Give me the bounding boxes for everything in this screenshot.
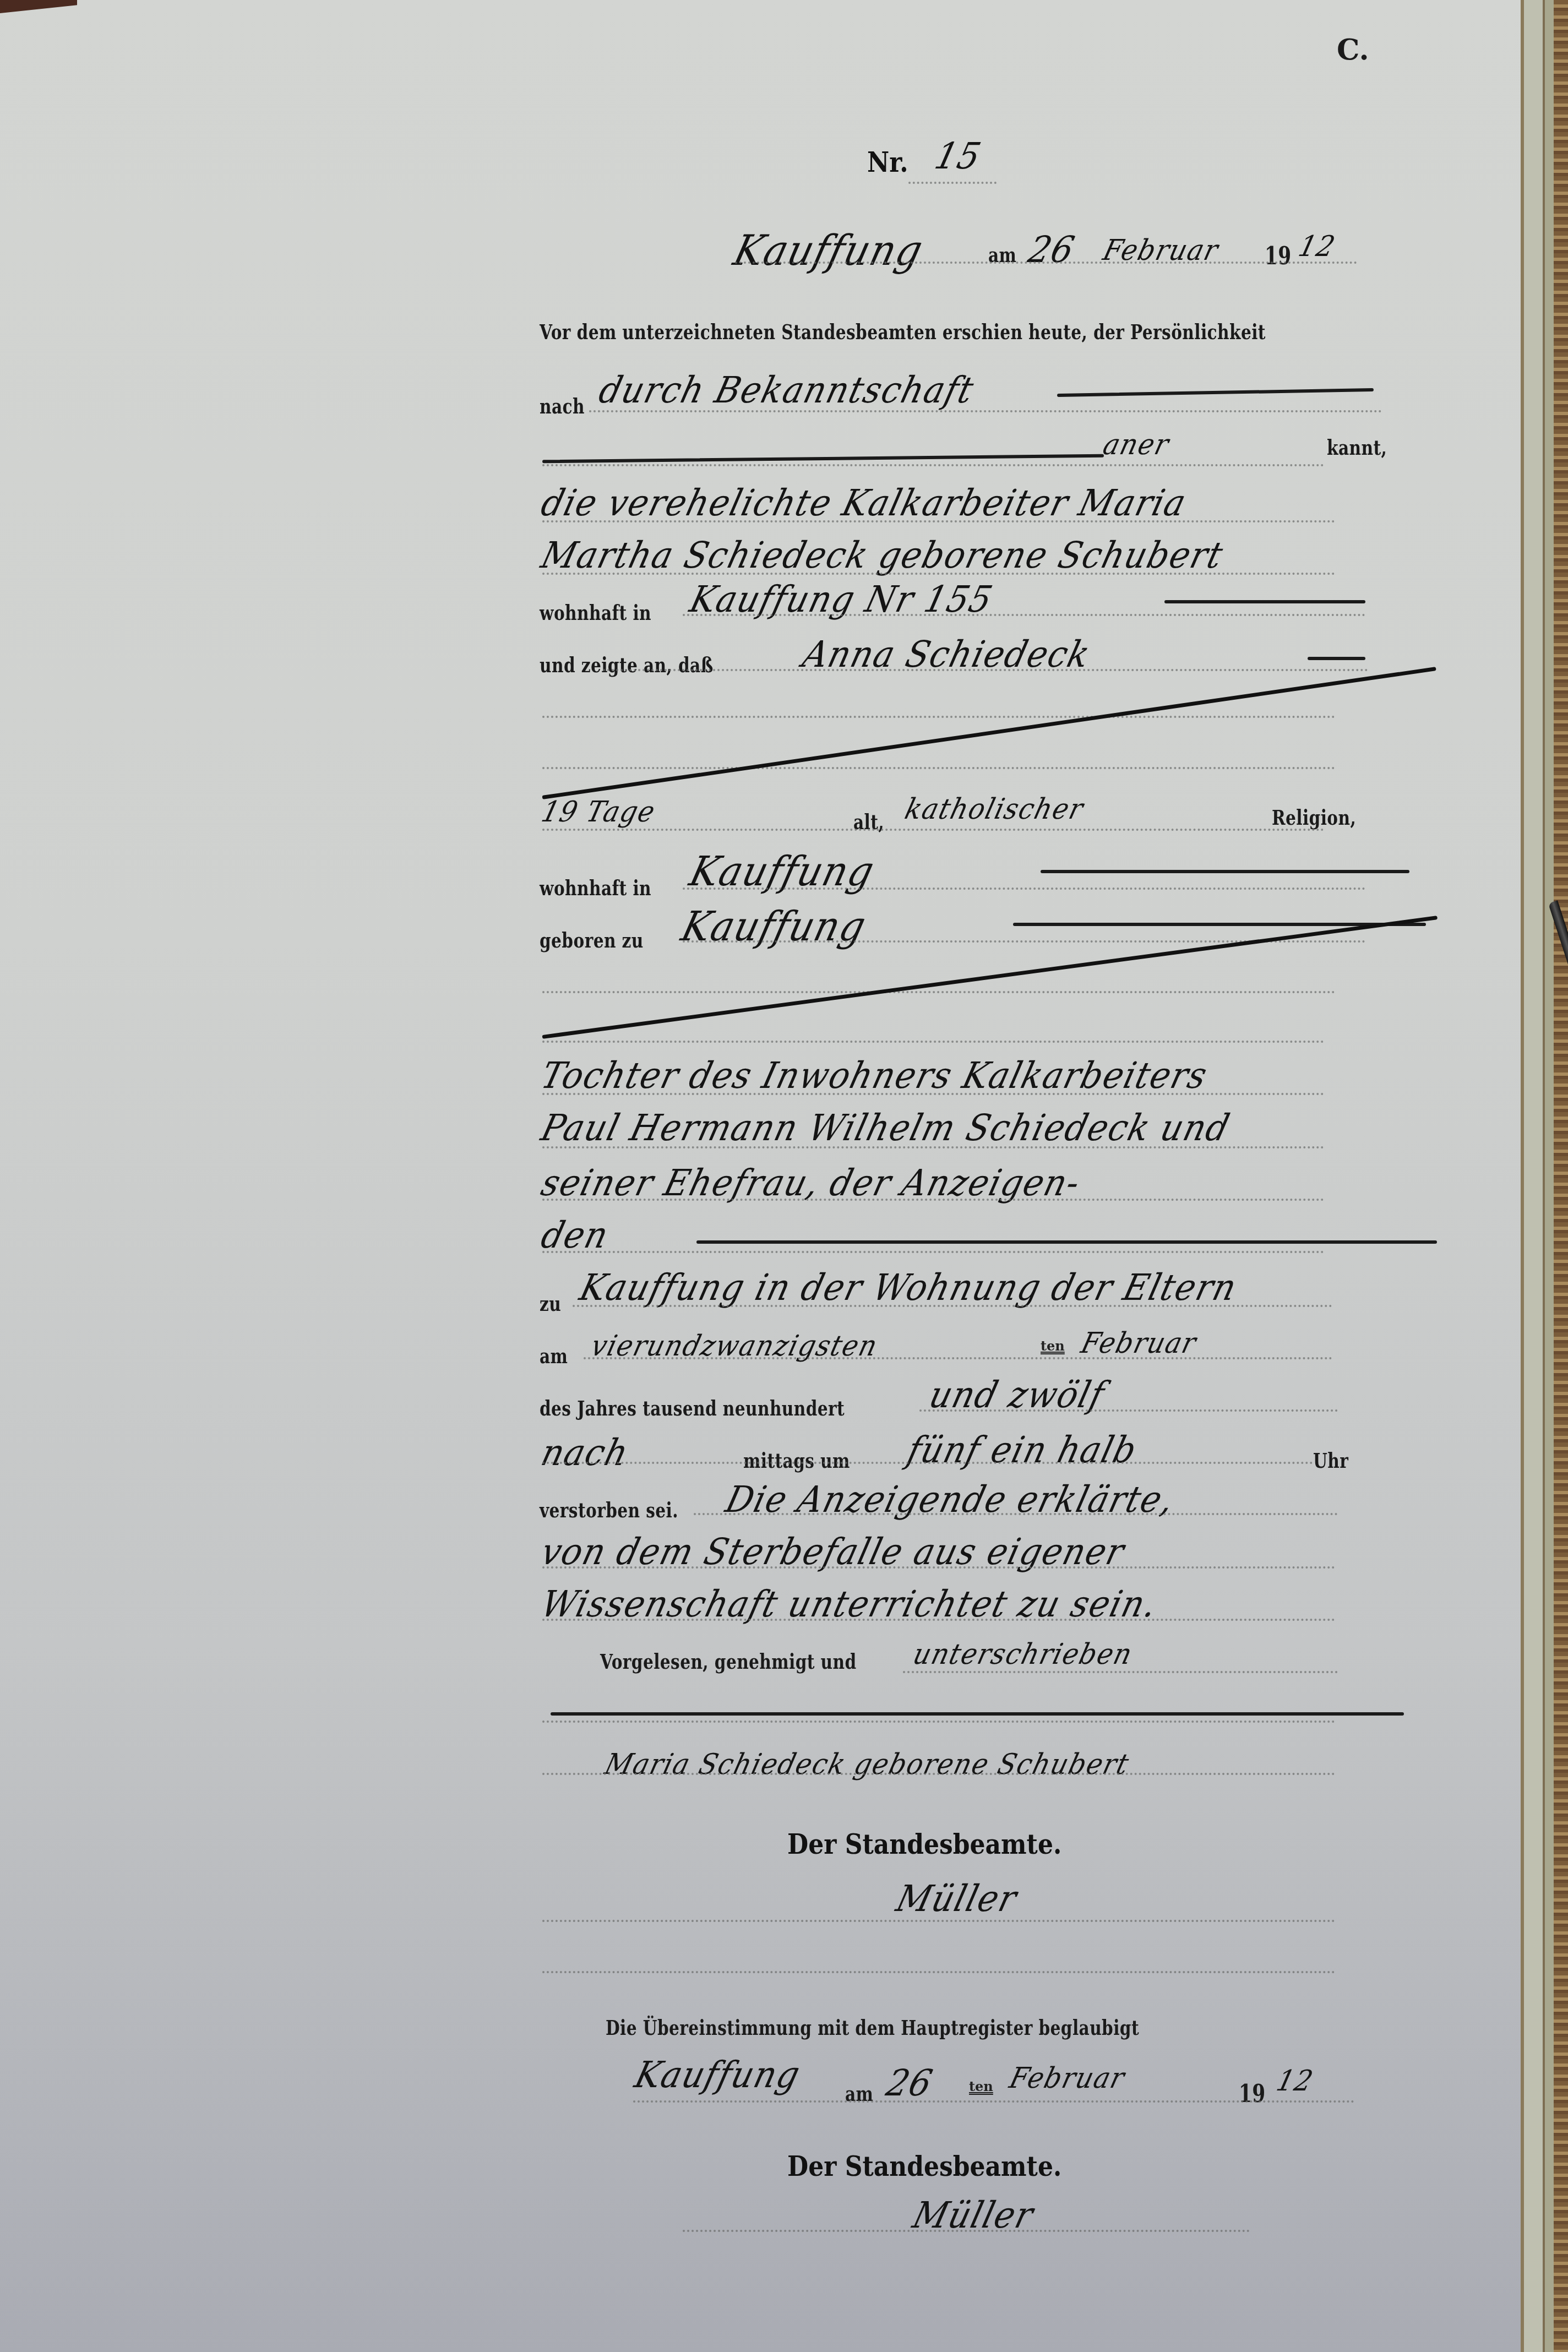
age-value: 19 Tage <box>538 796 660 829</box>
day-suffix: ten <box>1041 1338 1065 1354</box>
wohnhaft-label: wohnhaft in <box>540 600 651 625</box>
announcement-label: und zeigte an, daß <box>540 652 714 677</box>
parents-line4: den <box>537 1214 613 1256</box>
dotted-line <box>542 991 1335 993</box>
am-label: am <box>540 1343 568 1368</box>
verstorben-label: verstorben sei. <box>540 1498 678 1522</box>
entry-number-label: Nr. <box>867 146 908 178</box>
entry-number: 15 <box>930 135 986 177</box>
dotted-line <box>542 520 1335 522</box>
filler-stroke <box>1164 600 1365 603</box>
dotted-line <box>633 2100 1354 2103</box>
registrar-signature: Müller <box>892 1877 1021 1920</box>
filler-stroke <box>1057 388 1374 397</box>
kannt-handwritten: aner <box>1100 428 1173 461</box>
registrar-title: Der Standesbeamte. <box>787 1828 1061 1860</box>
nach-label: nach <box>540 394 585 418</box>
dotted-line <box>542 1041 1324 1043</box>
death-month-value: Februar <box>1078 1327 1200 1360</box>
cancel-diagonal <box>542 667 1436 799</box>
page-edge <box>1524 0 1543 2352</box>
dotted-line <box>683 888 1365 890</box>
religion-value: katholischer <box>902 793 1087 826</box>
death-place-value: Kauffung in der Wohnung der Eltern <box>575 1266 1242 1309</box>
closing-value: unterschrieben <box>910 1638 1136 1671</box>
cert-registrar-title: Der Standesbeamte. <box>787 2150 1061 2182</box>
dotted-line <box>683 614 1365 616</box>
header-year-printed: 19 <box>1265 242 1292 270</box>
dotted-line <box>542 1146 1324 1148</box>
intro-line: Vor dem unterzeichneten Standesbeamten e… <box>540 319 1266 344</box>
dotted-line <box>603 669 1368 671</box>
dotted-line <box>919 1409 1338 1412</box>
dotted-line <box>542 573 1335 575</box>
dotted-line <box>542 1566 1335 1569</box>
tageszeit-value: nach <box>537 1431 633 1474</box>
dotted-line <box>735 262 1357 264</box>
header-day: 26 <box>1024 228 1079 271</box>
dotted-line <box>542 1251 1324 1253</box>
dotted-line <box>542 1773 1335 1775</box>
filler-stroke <box>542 454 1104 464</box>
kannt-label: kannt, <box>1327 435 1387 460</box>
cancel-diagonal <box>542 916 1438 1039</box>
informant-line2: Martha Schiedeck geborene Schubert <box>537 534 1228 576</box>
page-edge <box>1545 0 1554 2352</box>
geboren-value: Kauffung <box>677 903 871 950</box>
dotted-line <box>694 1513 1338 1515</box>
cert-year-handwritten: 12 <box>1273 2065 1317 2098</box>
dotted-line <box>542 716 1335 718</box>
mittags-label: mittags um <box>743 1448 850 1473</box>
corner-mark: C. <box>1337 33 1369 67</box>
informant-line1: die verehelichte Kalkarbeiter Maria <box>537 482 1191 524</box>
geboren-label: geboren zu <box>540 928 644 952</box>
dotted-line <box>542 1619 1335 1621</box>
time-value: fünf ein halb <box>903 1429 1141 1471</box>
dotted-line <box>908 182 997 184</box>
filler-stroke <box>1041 870 1409 873</box>
dotted-line <box>542 1093 1324 1095</box>
dotted-line <box>584 1357 1332 1359</box>
nach-value: durch Bekanntschaft <box>595 369 978 411</box>
dotted-line <box>683 2230 1250 2232</box>
parents-line2: Paul Hermann Wilhelm Schiedeck und <box>537 1107 1234 1149</box>
dotted-line <box>542 1462 1313 1464</box>
dotted-line <box>542 1971 1335 1973</box>
uhr-label: Uhr <box>1313 1448 1348 1473</box>
cert-month: Februar <box>1006 2062 1129 2095</box>
certification-text: Die Übereinstimmung mit dem Hauptregiste… <box>606 2015 1139 2040</box>
register-page: C. Nr. 15 Kauffung am 26 Februar 19 12 V… <box>0 0 1536 2352</box>
dotted-line <box>542 1721 1335 1723</box>
parents-line3: seiner Ehefrau, der Anzeigen- <box>537 1162 1085 1204</box>
dotted-line <box>573 1305 1332 1307</box>
filler-stroke <box>1308 657 1365 660</box>
book-cover-edge <box>1554 0 1568 2352</box>
parents-line1: Tochter des Inwohners Kalkarbeiters <box>537 1054 1212 1097</box>
dotted-line <box>903 1671 1338 1673</box>
dotted-line <box>542 1199 1324 1201</box>
cert-year-printed: 19 <box>1239 2080 1266 2108</box>
cert-day: 26 <box>882 2062 937 2104</box>
closing-label: Vorgelesen, genehmigt und <box>600 1649 857 1674</box>
dotted-line <box>542 829 1324 831</box>
zu-label: zu <box>540 1291 561 1316</box>
dotted-line <box>542 767 1335 769</box>
cert-day-suffix: ten <box>969 2078 993 2094</box>
informant-signature: Maria Schiedeck geborene Schubert <box>602 1748 1133 1781</box>
dotted-line <box>589 410 1382 412</box>
header-year-handwritten: 12 <box>1295 230 1340 263</box>
filler-stroke <box>696 1240 1437 1244</box>
header-place: Kauffung <box>729 226 928 275</box>
dotted-line <box>542 464 1324 466</box>
dotted-line <box>542 1920 1335 1922</box>
jahr-label: des Jahres tausend neunhundert <box>540 1396 845 1420</box>
cert-place: Kauffung <box>630 2054 805 2096</box>
filler-stroke <box>551 1712 1404 1716</box>
deceased-wohnhaft-label: wohnhaft in <box>540 875 651 900</box>
religion-label: Religion, <box>1272 805 1356 830</box>
